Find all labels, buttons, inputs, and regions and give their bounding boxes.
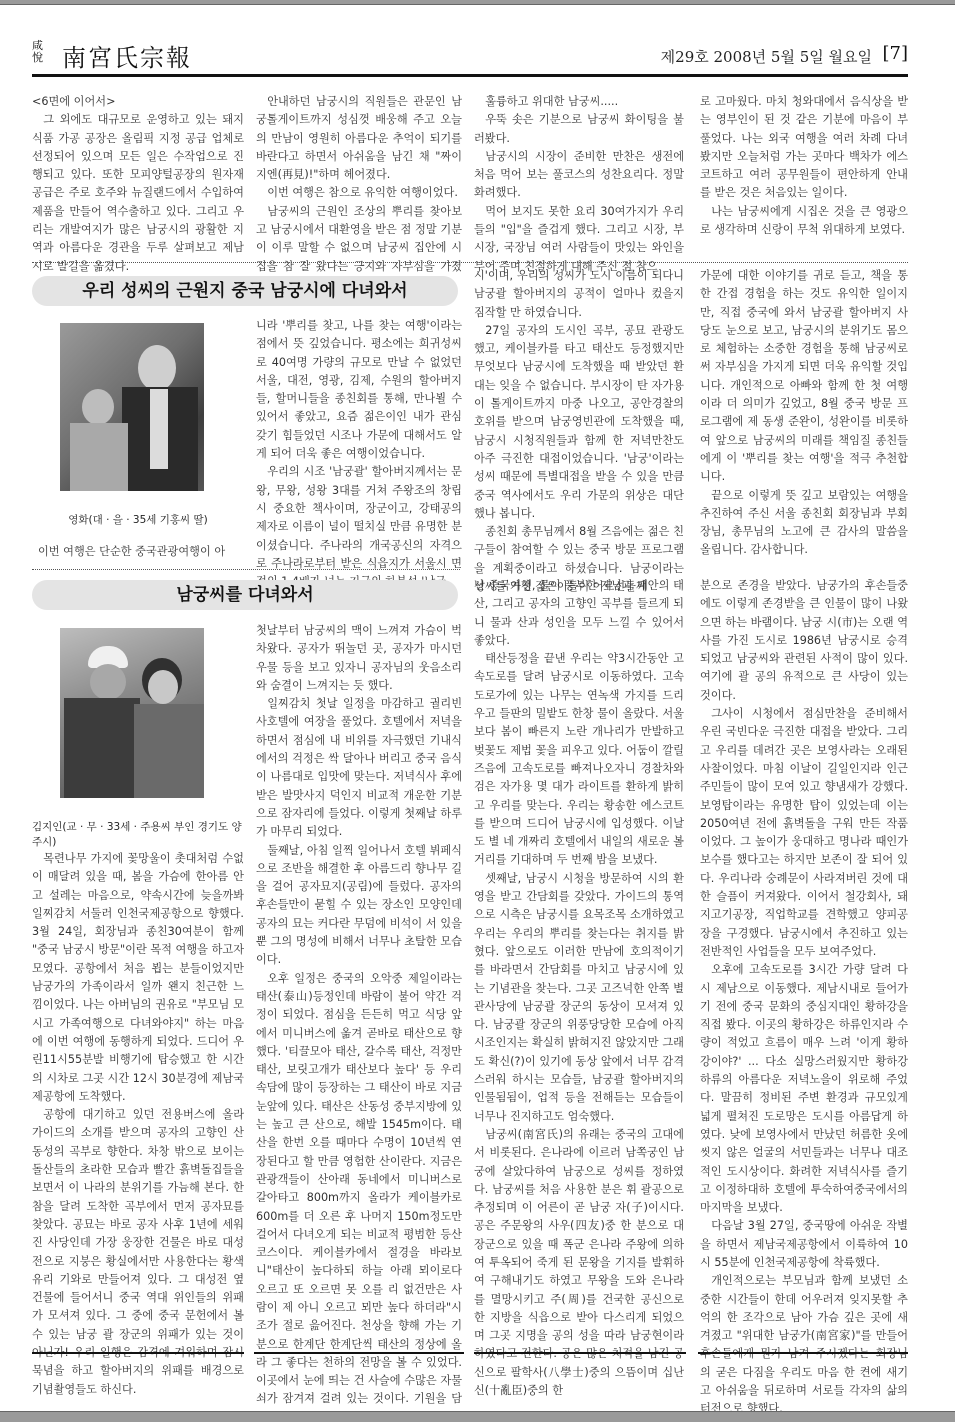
page-number: [7] [883, 43, 909, 64]
paragraph: 우리의 시조 '남궁괄' 할아버지께서는 문왕, 무왕, 성왕 3대를 거쳐 주… [256, 463, 462, 591]
article1-column-1: 이번 여행은 단순한 중국관광여행이 아 [38, 543, 246, 561]
paragraph: 시'이며, 우리의 성씨가 도시 이름이 되다니 남궁괄 할아버지의 공적이 얼… [474, 267, 684, 322]
article1-column-3: 시'이며, 우리의 성씨가 도시 이름이 되다니 남궁괄 할아버지의 공적이 얼… [474, 267, 684, 596]
paragraph: 오후 일정은 중국의 오악중 제일이라는 태산(泰山)등정인데 바람이 불어 약… [256, 970, 462, 1422]
article2-column-1: 목련나무 가지에 꽃망울이 촛대처럼 수없이 매달려 있을 때, 봄을 가슴에 … [32, 850, 244, 1399]
paragraph: 목련나무 가지에 꽃망울이 촛대처럼 수없이 매달려 있을 때, 봄을 가슴에 … [32, 850, 244, 1106]
paragraph: 그사이 시청에서 점심만찬을 준비해서 우린 국빈다운 극진한 대접을 받았다.… [700, 705, 908, 961]
paragraph: 우뚝 솟은 기분으로 남궁씨 화이팅을 불러봤다. [474, 111, 684, 148]
paragraph: 남궁시의 시장이 준비한 만찬은 생전에 처음 먹어 보는 풀코스의 성찬요리다… [474, 148, 684, 203]
bottom-rule [698, 1352, 908, 1354]
bottom-rule [32, 1352, 244, 1354]
paragraph: 가문에 대한 이야기를 귀로 듣고, 책을 통한 간접 경험을 하는 것도 유익… [700, 267, 908, 487]
paragraph: 분으로 존경을 받았다. 남궁가의 후손들중에도 이렇게 존경받을 큰 인물이 … [700, 577, 908, 705]
paragraph: 개인적으로는 부모님과 함께 보냈던 소중한 시간들이 한데 어우러져 잊지못할… [700, 1272, 908, 1418]
paragraph: 나는 남궁씨에게 시집온 것을 큰 영광으로 생각하며 신랑이 무척 위대하게 … [700, 203, 908, 240]
window-top-border [0, 0, 955, 5]
paragraph: 첫날부터 남궁씨의 맥이 느껴져 가슴이 벅차왔다. 공자가 뛰놀던 곳, 공자… [256, 622, 462, 695]
article2-caption: 김지인(교 · 무 · 33세 · 주용씨 부인 경기도 양주시) [32, 819, 244, 849]
paragraph: 먹어 보지도 못한 요리 30여가지가 우리들의 "입"을 즐겁게 했다. 그리… [474, 203, 684, 276]
article1-column-4: 가문에 대한 이야기를 귀로 듣고, 책을 통한 간접 경험을 하는 것도 유익… [700, 267, 908, 560]
section-divider [32, 569, 460, 570]
issue-date: 제29호 2008년 5월 5일 월요일 [661, 46, 872, 67]
article2-column-4: 분으로 존경을 받았다. 남궁가의 후손들중에도 이렇게 존경받을 큰 인물이 … [700, 577, 908, 1419]
article2-column-3: 난 중국여행, 물이 풍부한 제남과 태안의 태산, 그리고 공자의 고향인 곡… [474, 577, 684, 1400]
person-shirt [150, 389, 168, 469]
paragraph: 로 고마웠다. 마치 청와대에서 음식상을 받는 영부인이 된 것 같은 기분에… [700, 93, 908, 203]
paragraph: 다음날 3월 27일, 중국땅에 아쉬운 작별을 하면서 제남국제공항에서 이륙… [700, 1217, 908, 1272]
paragraph: 셋째날, 남궁시 시청을 방문하여 시의 환영을 받고 간담회를 갖았다. 가이… [474, 870, 684, 1126]
article1-column-2: 니라 '뿌리를 찾고, 나를 찾는 여행'이라는 점에서 뜻 깊었습니다. 평소… [256, 317, 462, 591]
paragraph: 오후에 고속도로를 3시간 가량 달려 다시 제남으로 이동했다. 제남시내로 … [700, 961, 908, 1217]
paragraph: 난 중국여행, 물이 풍부한 제남과 태안의 태산, 그리고 공자의 고향인 곡… [474, 577, 684, 650]
child-face [82, 389, 114, 425]
man-jacket [64, 698, 140, 798]
paragraph: 이번 여행은 참으로 유익한 여행이었다. [256, 184, 462, 202]
person-face [138, 345, 176, 391]
paragraph: 둘째날, 아침 일찍 일어나서 호텔 뷔페식으로 조반을 해결한 후 아름드리 … [256, 842, 462, 970]
window-bottom-border [0, 1411, 955, 1422]
paragraph: 태산등정을 끝낸 우리는 약3시간동안 고속도로를 달려 남궁시로 이동하였다.… [474, 650, 684, 870]
child-coat [70, 423, 128, 491]
newspaper-title: 南宮氏宗報 [62, 38, 192, 73]
top-column-2: 안내하던 남궁시의 직원들은 관문인 남궁톨게이트까지 성심껏 배웅해 주고 오… [256, 93, 462, 294]
article1-photo [60, 323, 204, 491]
article2-title: 남궁씨를 다녀와서 [32, 580, 458, 610]
paragraph: 남궁씨(南宮氏)의 유래는 중국의 고대에서 비롯된다. 은나라에 이르러 남쪽… [474, 1126, 684, 1400]
paragraph: 안내하던 남궁시의 직원들은 관문인 남궁톨게이트까지 성심껏 배웅해 주고 오… [256, 93, 462, 184]
paragraph: 공항에 대기하고 있던 전용버스에 올라 가이드의 소개를 받으며 공자의 고향… [32, 1106, 244, 1399]
article1-caption: 영화(대 · 을 · 35세 기홍씨 딸) [32, 512, 244, 527]
paragraph: 끝으로 이렇게 뜻 깊고 보람있는 여행을 추진하여 주신 서울 종친회 회장님… [700, 487, 908, 560]
woman-face [148, 670, 178, 704]
masthead: 咸悅 南宮氏宗報 제29호 2008년 5월 5일 월요일 [7] [32, 38, 908, 70]
article1-title: 우리 성씨의 근원지 중국 남궁시에 다녀와서 [32, 276, 458, 306]
top-column-1: <6면에 이어서> 그 외에도 대규모로 운영하고 있는 돼지 식품 가공 공장… [32, 93, 244, 276]
top-column-3: 훌륭하고 위대한 남궁씨..... 우뚝 솟은 기분으로 남궁씨 화이팅을 불러… [474, 93, 684, 276]
article2-photo [60, 628, 204, 798]
woman-jacket [134, 704, 204, 798]
bottom-rule [474, 1352, 686, 1354]
paragraph: 훌륭하고 위대한 남궁씨..... [474, 93, 684, 111]
article2-column-2: 첫날부터 남궁씨의 맥이 느껴져 가슴이 벅차왔다. 공자가 뛰놀던 곳, 공자… [256, 622, 462, 1422]
masthead-rule [32, 74, 908, 77]
paragraph: 이번 여행은 단순한 중국관광여행이 아 [38, 543, 246, 561]
man-face [90, 664, 126, 700]
paragraph: 27일 공자의 도시인 곡부, 공묘 관광도 했고, 케이블카를 타고 태산도 … [474, 322, 684, 523]
paragraph: 일찌감치 첫날 일정을 마감하고 궐리빈사호텔에 여장을 풀었다. 호텔에서 저… [256, 695, 462, 841]
masthead-small-chars: 咸悅 [32, 40, 46, 64]
section-divider [32, 262, 908, 263]
bottom-rule [254, 1352, 464, 1354]
paragraph: 그 외에도 대규모로 운영하고 있는 돼지 식품 가공 공장은 올림픽 지정 공… [32, 111, 244, 276]
top-column-4: 로 고마웠다. 마치 청와대에서 음식상을 받는 영부인이 된 것 같은 기분에… [700, 93, 908, 239]
paragraph: 니라 '뿌리를 찾고, 나를 찾는 여행'이라는 점에서 뜻 깊었습니다. 평소… [256, 317, 462, 463]
continued-label: <6면에 이어서> [32, 93, 244, 111]
